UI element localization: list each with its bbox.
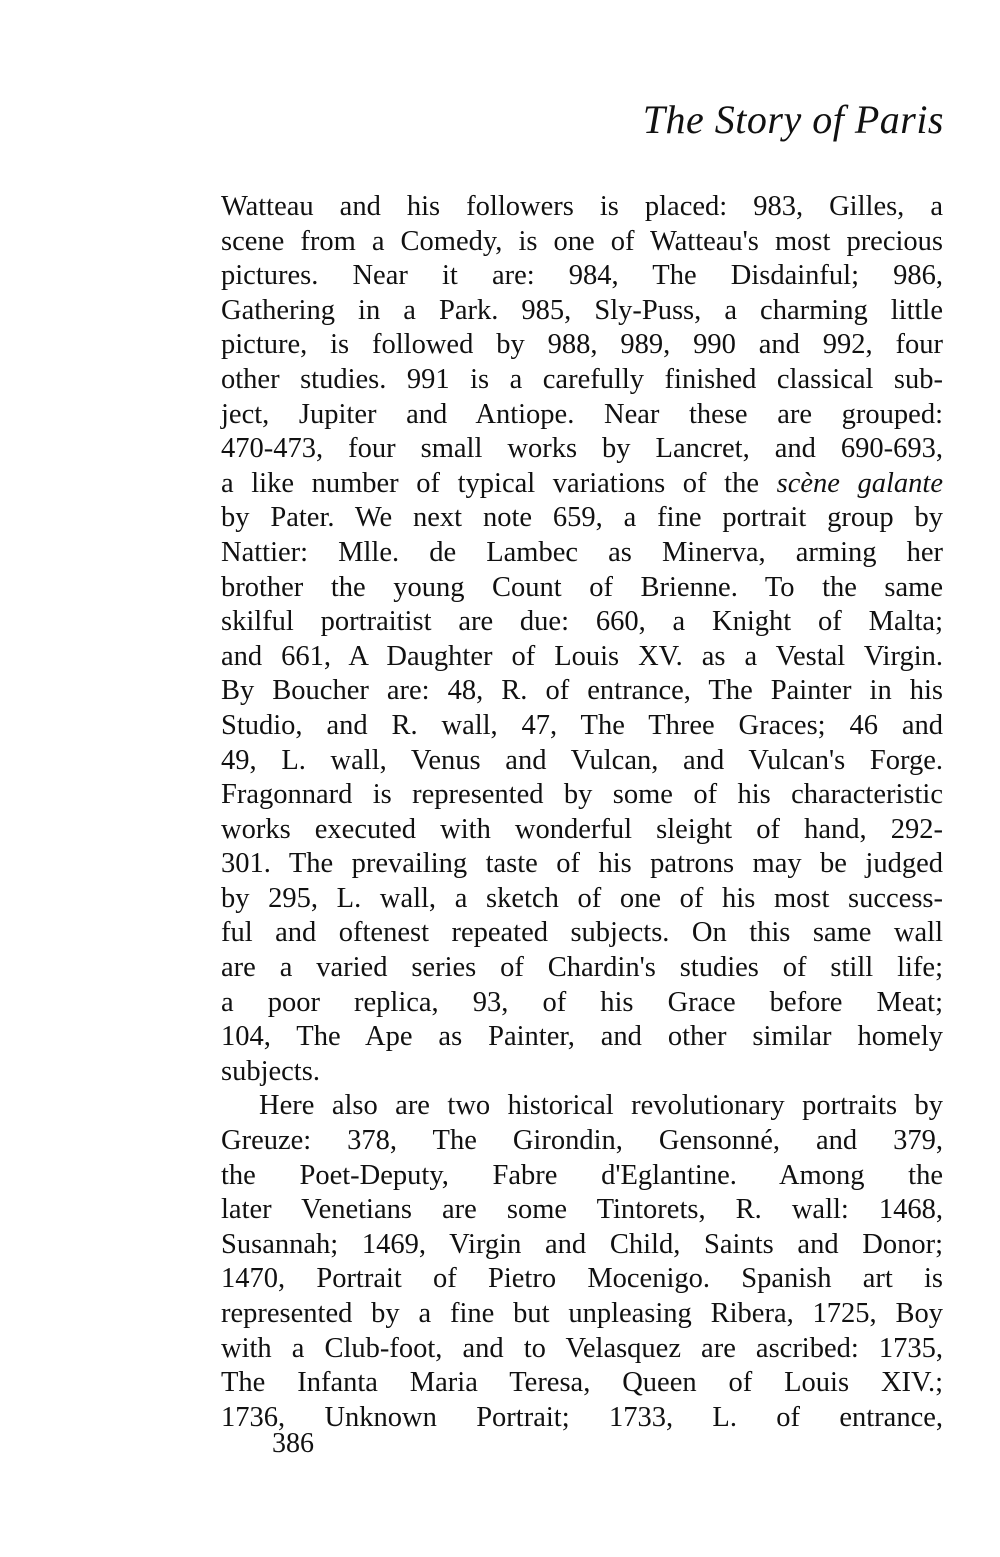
- text-line: brother the young Count of Brienne. To t…: [221, 571, 943, 606]
- text-line: 104, The Ape as Painter, and other simil…: [221, 1020, 943, 1055]
- text-line: 301. The prevailing taste of his patrons…: [221, 847, 943, 882]
- text-line: skilful portraitist are due: 660, a Knig…: [221, 605, 943, 640]
- text-line-part: a like number of typical variations of t…: [221, 468, 777, 499]
- text-line: Watteau and his followers is placed: 983…: [221, 190, 943, 225]
- text-line: Fragonnard is represented by some of his…: [221, 778, 943, 813]
- paragraph-2: Here also are two historical revolutiona…: [221, 1089, 943, 1435]
- text-line: the Poet-Deputy, Fabre d'Eglantine. Amon…: [221, 1159, 943, 1194]
- book-page: The Story of Paris Watteau and his follo…: [0, 0, 1000, 1557]
- text-line: 1470, Portrait of Pietro Mocenigo. Spani…: [221, 1262, 943, 1297]
- text-line: picture, is followed by 988, 989, 990 an…: [221, 328, 943, 363]
- text-line: by Pater. We next note 659, a fine portr…: [221, 501, 943, 536]
- text-line: 470-473, four small works by Lancret, an…: [221, 432, 943, 467]
- text-line: represented by a fine but unpleasing Rib…: [221, 1297, 943, 1332]
- text-line: Studio, and R. wall, 47, The Three Grace…: [221, 709, 943, 744]
- paragraph-1: Watteau and his followers is placed: 983…: [221, 190, 943, 1089]
- text-line: scene from a Comedy, is one of Watteau's…: [221, 225, 943, 260]
- text-line: ful and oftenest repeated subjects. On t…: [221, 916, 943, 951]
- text-line: Nattier: Mlle. de Lambec as Minerva, arm…: [221, 536, 943, 571]
- text-line: works executed with wonderful sleight of…: [221, 813, 943, 848]
- text-line: a like number of typical variations of t…: [221, 467, 943, 502]
- page-number: 386: [272, 1428, 314, 1460]
- running-head: The Story of Paris: [643, 96, 944, 143]
- text-line: Here also are two historical revolutiona…: [221, 1089, 943, 1124]
- text-line: By Boucher are: 48, R. of entrance, The …: [221, 674, 943, 709]
- text-line: later Venetians are some Tintorets, R. w…: [221, 1193, 943, 1228]
- text-line: pictures. Near it are: 984, The Disdainf…: [221, 259, 943, 294]
- text-line: 49, L. wall, Venus and Vulcan, and Vulca…: [221, 744, 943, 779]
- text-line: are a varied series of Chardin's studies…: [221, 951, 943, 986]
- text-line: Greuze: 378, The Girondin, Gensonné, and…: [221, 1124, 943, 1159]
- text-line: by 295, L. wall, a sketch of one of his …: [221, 882, 943, 917]
- body-text: Watteau and his followers is placed: 983…: [221, 190, 943, 1435]
- text-line: 1736, Unknown Portrait; 1733, L. of entr…: [221, 1401, 943, 1436]
- italic-phrase: scène galante: [777, 468, 943, 499]
- text-line: with a Club-foot, and to Velasquez are a…: [221, 1332, 943, 1367]
- text-line: other studies. 991 is a carefully finish…: [221, 363, 943, 398]
- text-line: Susannah; 1469, Virgin and Child, Saints…: [221, 1228, 943, 1263]
- text-line: a poor replica, 93, of his Grace before …: [221, 986, 943, 1021]
- text-line: subjects.: [221, 1055, 943, 1090]
- text-line: Gathering in a Park. 985, Sly-Puss, a ch…: [221, 294, 943, 329]
- text-line: ject, Jupiter and Antiope. Near these ar…: [221, 398, 943, 433]
- text-line: and 661, A Daughter of Louis XV. as a Ve…: [221, 640, 943, 675]
- text-line: The Infanta Maria Teresa, Queen of Louis…: [221, 1366, 943, 1401]
